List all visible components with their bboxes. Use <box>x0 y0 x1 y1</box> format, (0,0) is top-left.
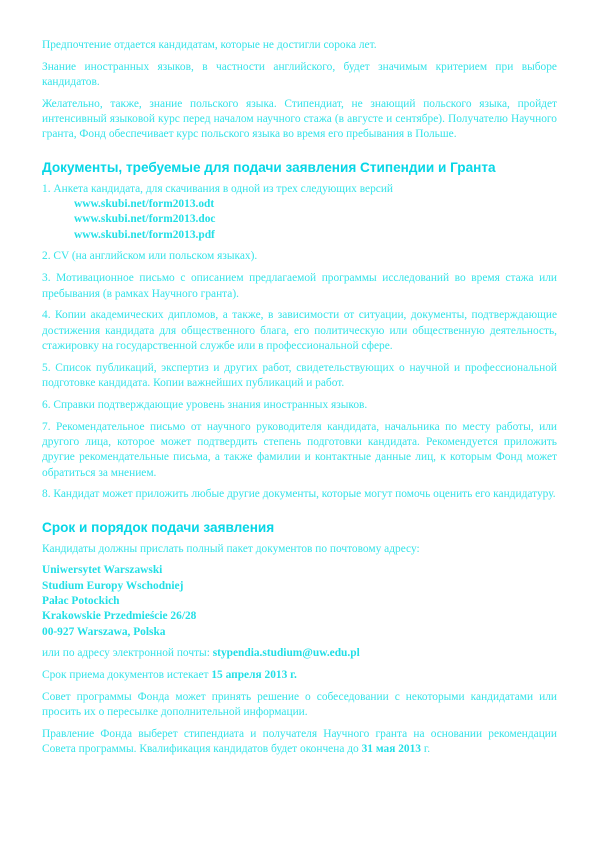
document-page: Предпочтение отдается кандидатам, которы… <box>42 38 557 764</box>
intro-languages: Знание иностранных языков, в частности а… <box>42 60 557 91</box>
final-suffix: г. <box>421 743 430 755</box>
document-item-5: 5. Список публикаций, экспертиз и других… <box>42 361 557 392</box>
document-item-7: 7. Рекомендательное письмо от научного р… <box>42 420 557 481</box>
documents-heading: Документы, требуемые для подачи заявлени… <box>42 159 557 176</box>
email-line: или по адресу электронной почты: stypend… <box>42 646 557 661</box>
document-item-1: 1. Анкета кандидата, для скачивания в од… <box>42 182 557 197</box>
deadline-date: 15 апреля 2013 г. <box>211 669 297 681</box>
email-link[interactable]: stypendia.studium@uw.edu.pl <box>213 647 360 659</box>
address-line: Uniwersytet Warszawski <box>42 563 557 578</box>
document-item-6: 6. Справки подтверждающие уровень знания… <box>42 398 557 413</box>
final-date: 31 мая 2013 <box>362 743 421 755</box>
document-item-8: 8. Кандидат может приложить любые другие… <box>42 487 557 502</box>
document-item-3: 3. Мотивационное письмо с описанием пред… <box>42 271 557 302</box>
postal-address: Uniwersytet Warszawski Studium Europy Ws… <box>42 563 557 639</box>
final-decision: Правление Фонда выберет стипендиата и по… <box>42 727 557 758</box>
email-label: или по адресу электронной почты: <box>42 647 213 659</box>
form-link-pdf[interactable]: www.skubi.net/form2013.pdf <box>42 228 557 243</box>
submission-intro: Кандидаты должны прислать полный пакет д… <box>42 542 557 557</box>
interview-note: Совет программы Фонда может принять реше… <box>42 690 557 721</box>
deadline-line: Срок приема документов истекает 15 апрел… <box>42 668 557 683</box>
final-text: Правление Фонда выберет стипендиата и по… <box>42 728 557 755</box>
address-line: Studium Europy Wschodniej <box>42 579 557 594</box>
document-item-4: 4. Копии академических дипломов, а также… <box>42 308 557 354</box>
form-links: www.skubi.net/form2013.odt www.skubi.net… <box>42 197 557 243</box>
deadline-heading: Срок и порядок подачи заявления <box>42 519 557 536</box>
intro-polish: Желательно, также, знание польского язык… <box>42 97 557 143</box>
address-line: 00-927 Warszawa, Polska <box>42 625 557 640</box>
deadline-label: Срок приема документов истекает <box>42 669 211 681</box>
document-item-2: 2. CV (на английском или польском языках… <box>42 249 557 264</box>
address-line: Pałac Potockich <box>42 594 557 609</box>
form-link-doc[interactable]: www.skubi.net/form2013.doc <box>42 212 557 227</box>
intro-age: Предпочтение отдается кандидатам, которы… <box>42 38 557 53</box>
form-link-odt[interactable]: www.skubi.net/form2013.odt <box>42 197 557 212</box>
address-line: Krakowskie Przedmieście 26/28 <box>42 609 557 624</box>
